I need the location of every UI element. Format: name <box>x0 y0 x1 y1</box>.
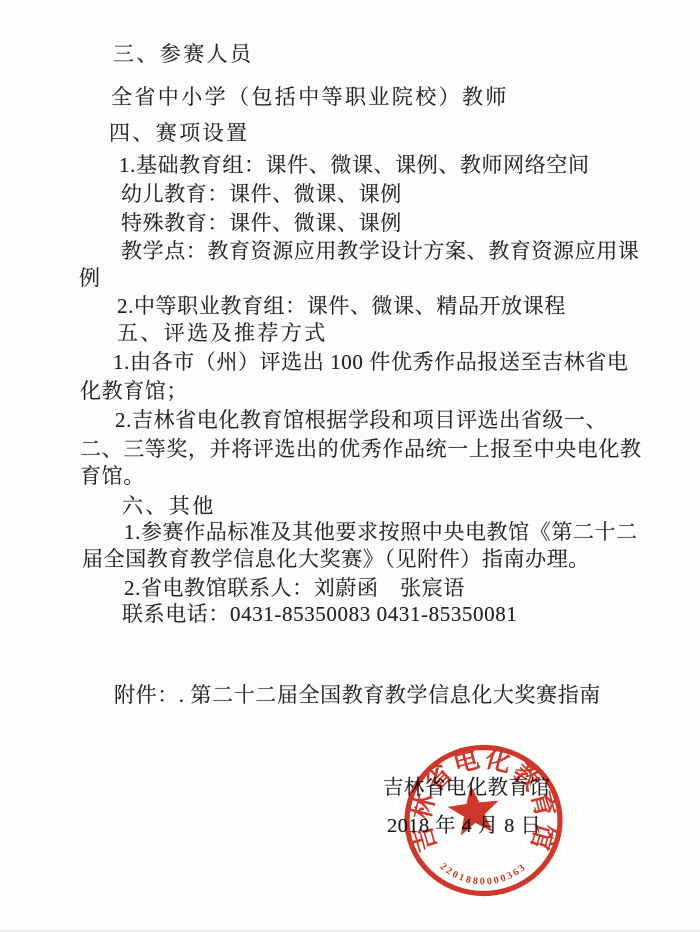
body-participants: 全省中小学（包括中等职业院校）教师 <box>111 84 509 110</box>
item-selection-1-cont: 化教育馆； <box>80 378 188 404</box>
svg-text:吉林省电化教育馆: 吉林省电化教育馆 <box>406 743 560 855</box>
heading-section-four: 四、赛项设置 <box>109 120 249 146</box>
item-preschool-education: 幼儿教育：课件、微课、课例 <box>121 181 402 207</box>
seal-ring-text: 吉林省电化教育馆 <box>406 743 560 855</box>
item-vocational-education-group: 2.中等职业教育组：课件、微课、精品开放课程 <box>117 293 566 319</box>
item-selection-1: 1.由各市（州）评选出 100 件优秀作品报送至吉林省电 <box>113 349 629 375</box>
item-contact-persons: 2.省电教馆联系人：刘蔚函 张宸语 <box>124 575 465 601</box>
seal-serial-number: 2201880000363 <box>438 861 530 887</box>
heading-section-six: 六、其他 <box>122 493 216 519</box>
svg-text:2201880000363: 2201880000363 <box>438 861 530 887</box>
scanned-document-page: 三、参赛人员 全省中小学（包括中等职业院校）教师 四、赛项设置 1.基础教育组：… <box>0 0 700 932</box>
item-other-standards: 1.参赛作品标准及其他要求按照中央电教馆《第二十二 <box>124 519 638 545</box>
item-other-standards-cont: 届全国教育教学信息化大奖赛》（见附件）指南办理。 <box>82 546 590 572</box>
heading-section-three: 三、参赛人员 <box>113 41 253 67</box>
official-seal: 吉林省电化教育馆 2201880000363 <box>401 742 566 899</box>
item-contact-phone: 联系电话：0431-85350083 0431-85350081 <box>122 601 517 627</box>
item-teaching-points: 教学点：教育资源应用教学设计方案、教育资源应用课 <box>121 238 639 264</box>
item-teaching-points-cont: 例 <box>79 265 101 291</box>
item-selection-2-cont2: 育馆。 <box>80 463 145 489</box>
item-selection-2-cont: 二、三等奖，并将评选出的优秀作品统一上报至中央电化教 <box>80 436 642 462</box>
heading-section-five: 五、评选及推荐方式 <box>117 320 328 346</box>
red-star-icon <box>445 782 502 837</box>
item-basic-education-group: 1.基础教育组：课件、微课、课例、教师网络空间 <box>119 152 590 178</box>
item-special-education: 特殊教育：课件、微课、课例 <box>121 210 402 236</box>
item-selection-2: 2.吉林省电化教育馆根据学段和项目评选出省级一、 <box>115 407 607 433</box>
attachment-line: 附件：. 第二十二届全国教育教学信息化大奖赛指南 <box>114 682 601 708</box>
